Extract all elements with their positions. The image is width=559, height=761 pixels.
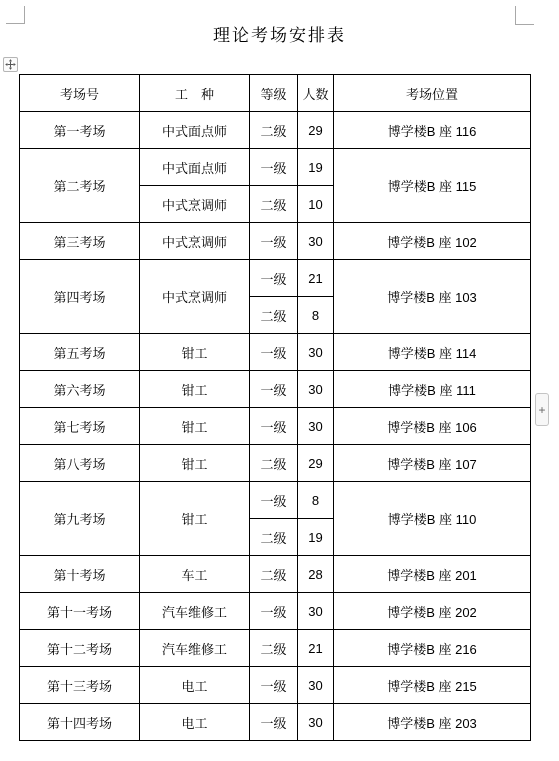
- cell-count: 10: [298, 186, 334, 223]
- column-header-level: 等级: [250, 75, 298, 112]
- cell-level: 二级: [250, 630, 298, 667]
- cell-count: 19: [298, 149, 334, 186]
- cell-location: 博学楼B 座 202: [334, 593, 531, 630]
- cell-level: 一级: [250, 223, 298, 260]
- table-row: 第五考场钳工一级30博学楼B 座 114: [20, 334, 531, 371]
- cell-level: 二级: [250, 112, 298, 149]
- cell-trade: 汽车维修工: [140, 593, 250, 630]
- cell-count: 8: [298, 297, 334, 334]
- table-row: 第四考场中式烹调师一级21博学楼B 座 103: [20, 260, 531, 297]
- cell-location: 博学楼B 座 201: [334, 556, 531, 593]
- table-row: 第十二考场汽车维修工二级21博学楼B 座 216: [20, 630, 531, 667]
- cell-room: 第六考场: [20, 371, 140, 408]
- plus-button[interactable]: +: [535, 393, 549, 426]
- cell-location: 博学楼B 座 215: [334, 667, 531, 704]
- cell-count: 28: [298, 556, 334, 593]
- cell-count: 30: [298, 593, 334, 630]
- table-row: 第六考场钳工一级30博学楼B 座 111: [20, 371, 531, 408]
- table-move-handle[interactable]: [3, 57, 18, 72]
- cell-count: 30: [298, 371, 334, 408]
- table-row: 第十三考场电工一级30博学楼B 座 215: [20, 667, 531, 704]
- cell-count: 8: [298, 482, 334, 519]
- cell-count: 29: [298, 112, 334, 149]
- cell-level: 一级: [250, 482, 298, 519]
- column-header-trade: 工 种: [140, 75, 250, 112]
- column-header-count: 人数: [298, 75, 334, 112]
- cell-level: 二级: [250, 445, 298, 482]
- table-row: 第十一考场汽车维修工一级30博学楼B 座 202: [20, 593, 531, 630]
- cell-level: 一级: [250, 704, 298, 741]
- cell-room: 第七考场: [20, 408, 140, 445]
- cell-count: 29: [298, 445, 334, 482]
- cell-trade: 车工: [140, 556, 250, 593]
- cell-location: 博学楼B 座 114: [334, 334, 531, 371]
- cell-level: 一级: [250, 149, 298, 186]
- cell-trade: 钳工: [140, 408, 250, 445]
- cell-location: 博学楼B 座 115: [334, 149, 531, 223]
- cell-level: 一级: [250, 667, 298, 704]
- cell-count: 30: [298, 408, 334, 445]
- table-row: 第三考场中式烹调师一级30博学楼B 座 102: [20, 223, 531, 260]
- cell-trade: 中式面点师: [140, 112, 250, 149]
- header-row: 考场号工 种等级人数考场位置: [20, 75, 531, 112]
- table-row: 第九考场钳工一级8博学楼B 座 110: [20, 482, 531, 519]
- cell-trade: 钳工: [140, 334, 250, 371]
- cell-level: 二级: [250, 297, 298, 334]
- cell-count: 30: [298, 223, 334, 260]
- cell-location: 博学楼B 座 107: [334, 445, 531, 482]
- cell-level: 二级: [250, 186, 298, 223]
- cell-count: 30: [298, 667, 334, 704]
- cell-room: 第十四考场: [20, 704, 140, 741]
- table-row: 第十考场车工二级28博学楼B 座 201: [20, 556, 531, 593]
- cell-trade: 中式面点师: [140, 149, 250, 186]
- cell-room: 第三考场: [20, 223, 140, 260]
- cell-location: 博学楼B 座 216: [334, 630, 531, 667]
- cell-level: 二级: [250, 519, 298, 556]
- table-row: 第八考场钳工二级29博学楼B 座 107: [20, 445, 531, 482]
- cell-count: 19: [298, 519, 334, 556]
- cell-trade: 中式烹调师: [140, 186, 250, 223]
- column-header-location: 考场位置: [334, 75, 531, 112]
- cell-location: 博学楼B 座 110: [334, 482, 531, 556]
- cell-location: 博学楼B 座 116: [334, 112, 531, 149]
- cell-room: 第十考场: [20, 556, 140, 593]
- cell-level: 一级: [250, 260, 298, 297]
- cell-trade: 汽车维修工: [140, 630, 250, 667]
- cell-room: 第十三考场: [20, 667, 140, 704]
- cell-trade: 电工: [140, 704, 250, 741]
- column-header-room: 考场号: [20, 75, 140, 112]
- cell-level: 一级: [250, 408, 298, 445]
- cell-room: 第一考场: [20, 112, 140, 149]
- table-row: 第二考场中式面点师一级19博学楼B 座 115: [20, 149, 531, 186]
- cell-count: 21: [298, 260, 334, 297]
- table-row: 第一考场中式面点师二级29博学楼B 座 116: [20, 112, 531, 149]
- cell-count: 30: [298, 334, 334, 371]
- cell-count: 21: [298, 630, 334, 667]
- cell-room: 第四考场: [20, 260, 140, 334]
- cell-room: 第五考场: [20, 334, 140, 371]
- cell-location: 博学楼B 座 111: [334, 371, 531, 408]
- cell-trade: 钳工: [140, 371, 250, 408]
- table-row: 第七考场钳工一级30博学楼B 座 106: [20, 408, 531, 445]
- exam-table: 考场号工 种等级人数考场位置第一考场中式面点师二级29博学楼B 座 116第二考…: [19, 74, 531, 741]
- page-title: 理论考场安排表: [0, 21, 559, 46]
- cell-room: 第八考场: [20, 445, 140, 482]
- cell-level: 一级: [250, 334, 298, 371]
- cell-level: 一级: [250, 593, 298, 630]
- cell-trade: 钳工: [140, 445, 250, 482]
- cell-trade: 钳工: [140, 482, 250, 556]
- cell-level: 二级: [250, 556, 298, 593]
- cell-room: 第九考场: [20, 482, 140, 556]
- cell-level: 一级: [250, 371, 298, 408]
- cell-location: 博学楼B 座 102: [334, 223, 531, 260]
- cell-room: 第十二考场: [20, 630, 140, 667]
- cell-location: 博学楼B 座 106: [334, 408, 531, 445]
- cell-location: 博学楼B 座 203: [334, 704, 531, 741]
- cell-count: 30: [298, 704, 334, 741]
- move-icon: [5, 59, 16, 70]
- cell-room: 第二考场: [20, 149, 140, 223]
- cell-trade: 电工: [140, 667, 250, 704]
- cell-room: 第十一考场: [20, 593, 140, 630]
- cell-location: 博学楼B 座 103: [334, 260, 531, 334]
- cell-trade: 中式烹调师: [140, 260, 250, 334]
- table-row: 第十四考场电工一级30博学楼B 座 203: [20, 704, 531, 741]
- cell-trade: 中式烹调师: [140, 223, 250, 260]
